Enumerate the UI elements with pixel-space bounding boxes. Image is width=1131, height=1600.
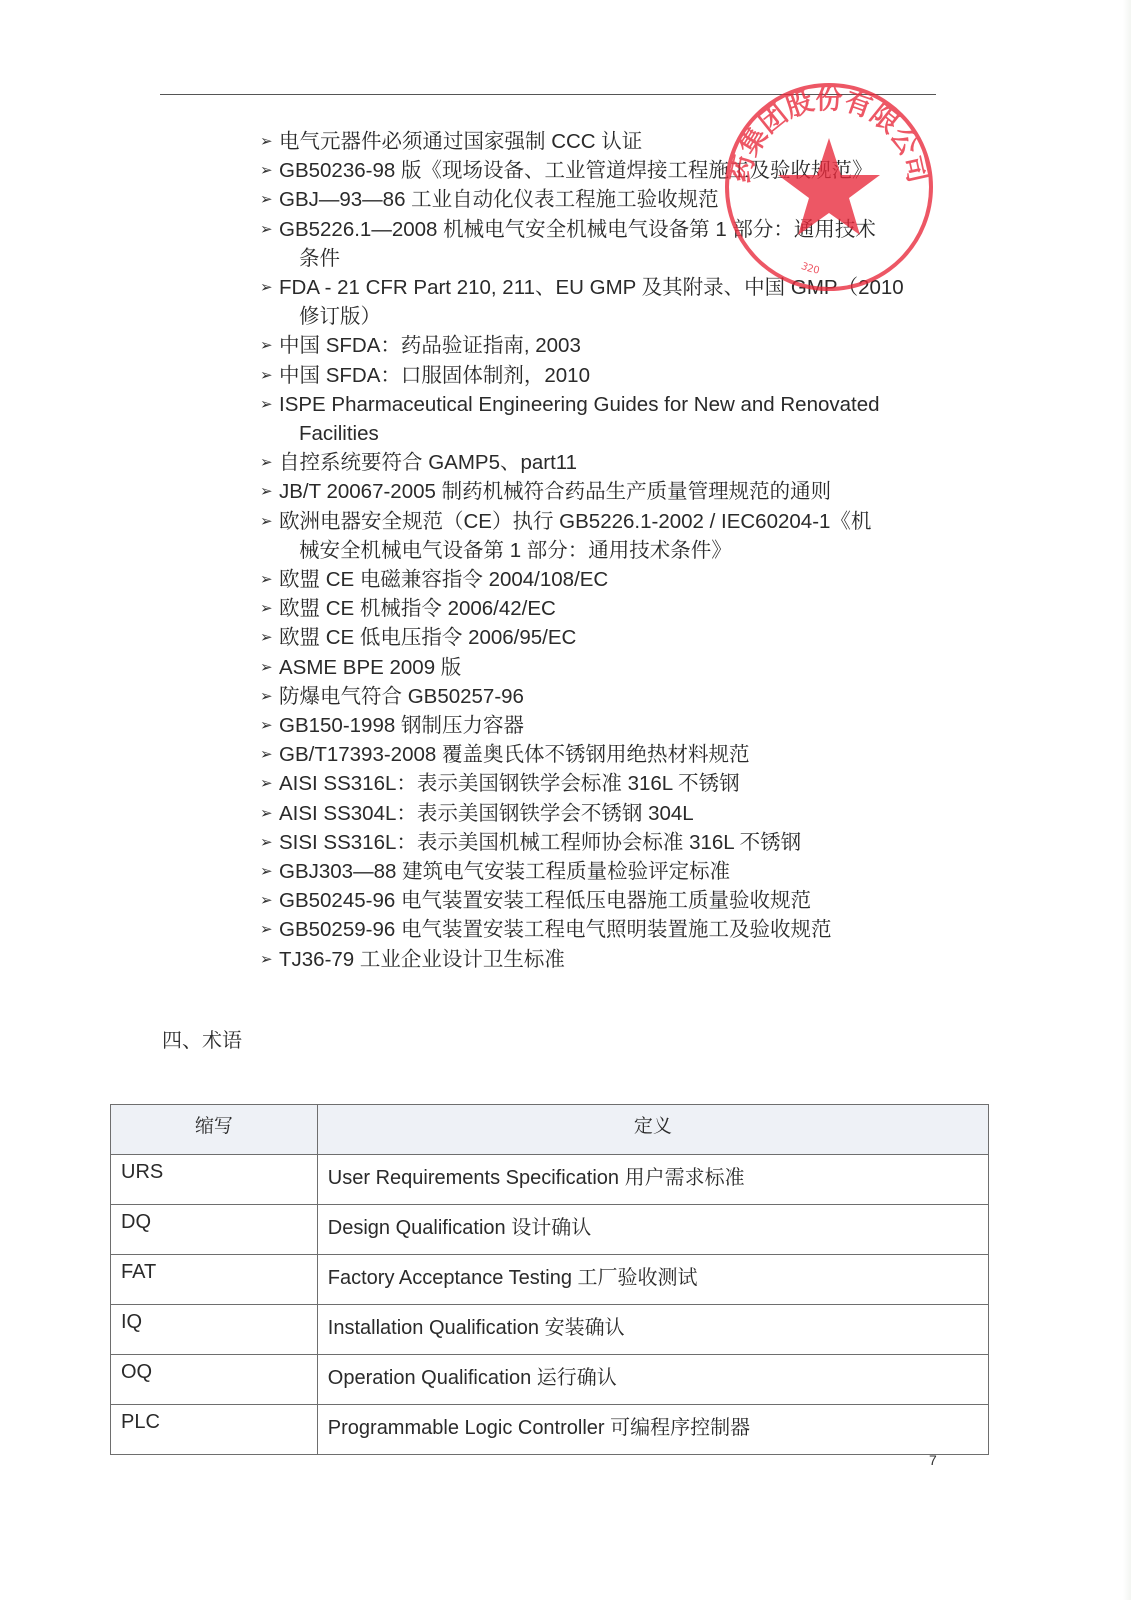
table-row: IQ Installation Qualification 安装确认 — [111, 1305, 989, 1355]
arrow-bullet-icon: ➢ — [260, 273, 273, 302]
list-item: ➢AISI SS316L：表示美国钢铁学会标准 316L 不锈钢 — [260, 769, 940, 798]
section-title-terms: 四、术语 — [162, 1024, 242, 1053]
abbreviation-cell: URS — [111, 1155, 318, 1205]
list-item: ➢GB50245-96 电气装置安装工程低压电器施工质量验收规范 — [260, 886, 940, 915]
list-item: ➢中国 SFDA：药品验证指南, 2003 — [260, 331, 940, 360]
list-item: ➢SISI SS316L：表示美国机械工程师协会标准 316L 不锈钢 — [260, 828, 940, 857]
header-rule — [160, 94, 936, 95]
table-row: PLC Programmable Logic Controller 可编程序控制… — [111, 1405, 989, 1455]
list-item: ➢防爆电气符合 GB50257-96 — [260, 682, 940, 711]
arrow-bullet-icon: ➢ — [260, 740, 273, 769]
arrow-bullet-icon: ➢ — [260, 857, 273, 886]
table-row: OQ Operation Qualification 运行确认 — [111, 1355, 989, 1405]
arrow-bullet-icon: ➢ — [260, 477, 273, 506]
abbreviation-cell: DQ — [111, 1205, 318, 1255]
list-item: ➢GBJ—93—86 工业自动化仪表工程施工验收规范 — [260, 185, 940, 214]
definition-cell: Operation Qualification 运行确认 — [317, 1355, 988, 1405]
arrow-bullet-icon: ➢ — [260, 594, 273, 623]
list-item: ➢欧盟 CE 低电压指令 2006/95/EC — [260, 623, 940, 652]
definition-cell: Design Qualification 设计确认 — [317, 1205, 988, 1255]
abbreviation-cell: FAT — [111, 1255, 318, 1305]
list-item: ➢欧盟 CE 机械指令 2006/42/EC — [260, 594, 940, 623]
arrow-bullet-icon: ➢ — [260, 215, 273, 244]
scan-edge-strip — [1123, 0, 1131, 1600]
table-row: URS User Requirements Specification 用户需求… — [111, 1155, 989, 1205]
arrow-bullet-icon: ➢ — [260, 915, 273, 944]
list-item: ➢GB150-1998 钢制压力容器 — [260, 711, 940, 740]
arrow-bullet-icon: ➢ — [260, 127, 273, 156]
list-item: ➢自控系统要符合 GAMP5、part11 — [260, 448, 940, 477]
abbreviation-cell: OQ — [111, 1355, 318, 1405]
terms-table: 缩写 定义 URS User Requirements Specificatio… — [110, 1104, 989, 1455]
arrow-bullet-icon: ➢ — [260, 185, 273, 214]
list-item: ➢欧洲电器安全规范（CE）执行 GB5226.1-2002 / IEC60204… — [260, 507, 940, 565]
arrow-bullet-icon: ➢ — [260, 653, 273, 682]
definition-cell: Factory Acceptance Testing 工厂验收测试 — [317, 1255, 988, 1305]
arrow-bullet-icon: ➢ — [260, 331, 273, 360]
list-item: ➢FDA - 21 CFR Part 210, 211、EU GMP 及其附录、… — [260, 273, 940, 331]
arrow-bullet-icon: ➢ — [260, 945, 273, 974]
list-item: ➢TJ36-79 工业企业设计卫生标准 — [260, 945, 940, 974]
list-item: ➢中国 SFDA：口服固体制剂，2010 — [260, 361, 940, 390]
arrow-bullet-icon: ➢ — [260, 682, 273, 711]
arrow-bullet-icon: ➢ — [260, 507, 273, 536]
abbreviation-cell: PLC — [111, 1405, 318, 1455]
column-header-definition: 定义 — [317, 1105, 988, 1155]
list-item: ➢ISPE Pharmaceutical Engineering Guides … — [260, 390, 940, 448]
arrow-bullet-icon: ➢ — [260, 886, 273, 915]
list-item: ➢欧盟 CE 电磁兼容指令 2004/108/EC — [260, 565, 940, 594]
arrow-bullet-icon: ➢ — [260, 448, 273, 477]
abbreviation-cell: IQ — [111, 1305, 318, 1355]
arrow-bullet-icon: ➢ — [260, 156, 273, 185]
arrow-bullet-icon: ➢ — [260, 390, 273, 419]
list-item: ➢GB50259-96 电气装置安装工程电气照明装置施工及验收规范 — [260, 915, 940, 944]
definition-cell: Programmable Logic Controller 可编程序控制器 — [317, 1405, 988, 1455]
list-item: ➢GB5226.1—2008 机械电气安全机械电气设备第 1 部分：通用技术条件 — [260, 215, 940, 273]
arrow-bullet-icon: ➢ — [260, 361, 273, 390]
definition-cell: Installation Qualification 安装确认 — [317, 1305, 988, 1355]
list-item: ➢JB/T 20067-2005 制药机械符合药品生产质量管理规范的通则 — [260, 477, 940, 506]
list-item: ➢AISI SS304L：表示美国钢铁学会不锈钢 304L — [260, 799, 940, 828]
arrow-bullet-icon: ➢ — [260, 711, 273, 740]
arrow-bullet-icon: ➢ — [260, 828, 273, 857]
list-item: ➢GBJ303—88 建筑电气安装工程质量检验评定标准 — [260, 857, 940, 886]
arrow-bullet-icon: ➢ — [260, 799, 273, 828]
table-row: FAT Factory Acceptance Testing 工厂验收测试 — [111, 1255, 989, 1305]
arrow-bullet-icon: ➢ — [260, 565, 273, 594]
arrow-bullet-icon: ➢ — [260, 769, 273, 798]
list-item: ➢ASME BPE 2009 版 — [260, 653, 940, 682]
page-number: 7 — [929, 1452, 937, 1468]
column-header-abbreviation: 缩写 — [111, 1105, 318, 1155]
definition-cell: User Requirements Specification 用户需求标准 — [317, 1155, 988, 1205]
arrow-bullet-icon: ➢ — [260, 623, 273, 652]
table-row: DQ Design Qualification 设计确认 — [111, 1205, 989, 1255]
list-item: ➢GB/T17393-2008 覆盖奥氏体不锈钢用绝热材料规范 — [260, 740, 940, 769]
list-item: ➢GB50236-98 版《现场设备、工业管道焊接工程施工及验收规范》 — [260, 156, 940, 185]
reference-standards-list: ➢电气元器件必须通过国家强制 CCC 认证 ➢GB50236-98 版《现场设备… — [260, 127, 940, 974]
table-header-row: 缩写 定义 — [111, 1105, 989, 1155]
list-item: ➢电气元器件必须通过国家强制 CCC 认证 — [260, 127, 940, 156]
